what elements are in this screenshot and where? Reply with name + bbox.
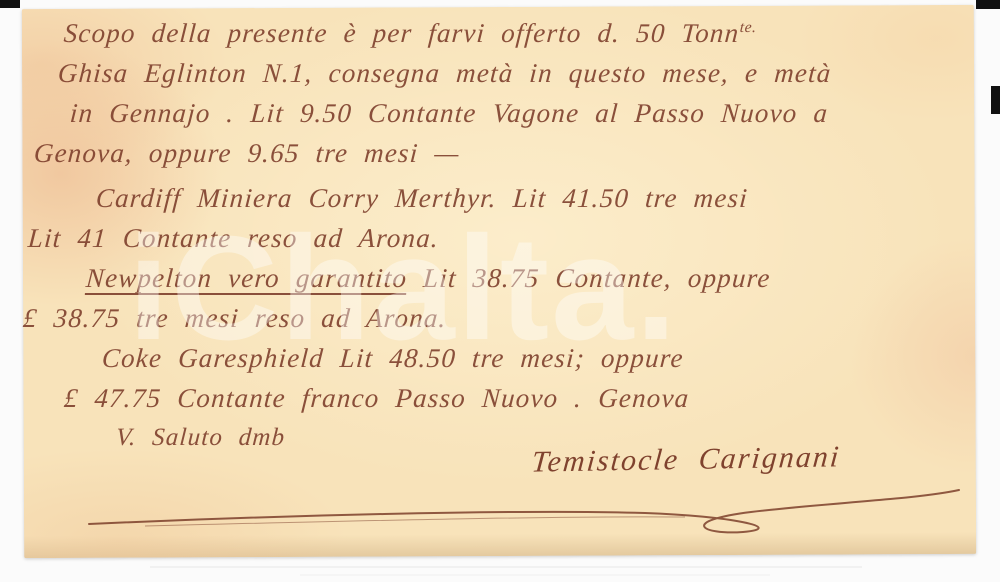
- letter-line: Lit 41 Contante reso ad Arona.: [27, 218, 982, 258]
- letter-text: Scopo della presente è per farvi offerto…: [63, 18, 741, 48]
- letter-text: £ 38.75 tre mesi reso ad Arona.: [22, 303, 448, 333]
- scan-artifact-right-edge: [991, 86, 1000, 114]
- letter-body: Scopo della presente è per farvi offerto…: [40, 8, 980, 458]
- letter-text: in Gennajo . Lit 9.50 Contante Vagone al…: [69, 98, 829, 128]
- scan-artifact-top-left: [0, 0, 20, 8]
- letter-text: Lit 38.75 Contante, oppure: [406, 263, 772, 293]
- scan-shadow-line: [150, 566, 862, 568]
- letter-line: Cardiff Miniera Corry Merthyr. Lit 41.50…: [39, 178, 982, 218]
- letter-text: Cardiff Miniera Corry Merthyr. Lit 41.50…: [95, 183, 749, 213]
- scan-shadow-line: [300, 574, 770, 576]
- letter-line: Genova, oppure 9.65 tre mesi —: [33, 133, 982, 173]
- letter-text: Newpelton vero garantito: [85, 263, 408, 293]
- letter-text: te.: [739, 19, 757, 36]
- letter-line: Coke Garesphield Lit 48.50 tre mesi; opp…: [39, 338, 982, 378]
- scan-artifact-top-right: [976, 0, 1000, 9]
- letter-line: £ 38.75 tre mesi reso ad Arona.: [22, 298, 982, 338]
- letter-line: Newpelton vero garantito Lit 38.75 Conta…: [39, 258, 982, 298]
- letter-text: V. Saluto dmb: [115, 424, 286, 451]
- letter-line: £ 47.75 Contante franco Passo Nuovo . Ge…: [39, 378, 982, 418]
- letter-text: Genova, oppure 9.65 tre mesi —: [33, 138, 461, 168]
- letter-line: Ghisa Eglinton N.1, consegna metà in que…: [39, 53, 982, 93]
- letter-text: Coke Garesphield Lit 48.50 tre mesi; opp…: [101, 343, 685, 373]
- letter-line: in Gennajo . Lit 9.50 Contante Vagone al…: [39, 93, 982, 133]
- signature: Temistocle Carignani: [530, 440, 842, 479]
- signature-flourish: [85, 486, 965, 538]
- letter-text: £ 47.75 Contante franco Passo Nuovo . Ge…: [63, 383, 691, 413]
- letter-text: Ghisa Eglinton N.1, consegna metà in que…: [57, 58, 833, 88]
- letter-text: Lit 41 Contante reso ad Arona.: [27, 223, 440, 253]
- letter-line: Scopo della presente è per farvi offerto…: [38, 8, 981, 53]
